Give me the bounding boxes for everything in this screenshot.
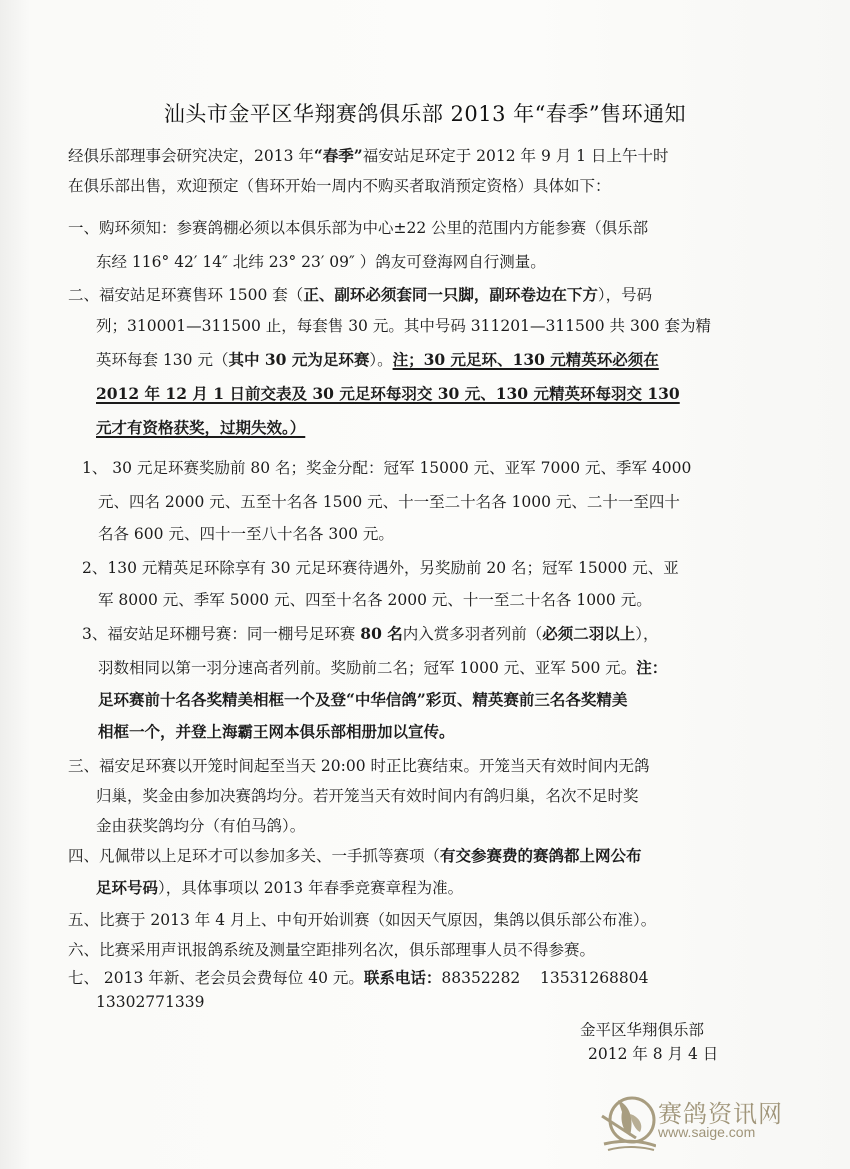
intro-text: 经俱乐部理事会研究决定，2013 年	[68, 147, 314, 165]
section-4-line-1: 四、凡佩带以上足环才可以参加多关、一手抓等赛项（有交参赛费的赛鸽都上网公布	[68, 846, 642, 866]
prize-3-text: 内入赏多羽者列前（	[403, 625, 543, 643]
section-2-text: 英环每套 130 元（	[96, 351, 228, 369]
section-2-line-1: 二、福安站足环赛售环 1500 套（正、副环必须套同一只脚，副环卷边在下方），号…	[68, 285, 652, 305]
contact-phone-label: 联系电话：	[364, 968, 442, 987]
prize-3-text: 羽数相同以第一羽分速高者列前。奖励前二名；冠军 1000 元、亚军 500 元。	[98, 659, 636, 677]
section-6: 六、比赛采用声讯报鸽系统及测量空距排列名次，俱乐部理事人员不得参赛。	[68, 940, 595, 960]
section-2-text: ）。	[369, 351, 392, 369]
signature-org: 金平区华翔俱乐部	[580, 1018, 704, 1040]
section-2-underlined-notice-line-2: 2012 年 12 月 1 日前交表及 30 元足环每羽交 30 元、130 元…	[96, 384, 680, 404]
watermark-logo: 赛鸽资讯网 www.saige.com	[600, 1092, 820, 1152]
section-7-line-1: 七、 2013 年新、老会员会费每位 40 元。联系电话：88352282 13…	[68, 968, 649, 988]
section-2-text: ），号码	[598, 286, 652, 304]
prize-2-line-2: 军 8000 元、季军 5000 元、四至十名各 2000 元、十一至二十名各 …	[98, 590, 652, 610]
section-7-text: 七、 2013 年新、老会员会费每位 40 元。	[68, 969, 364, 987]
prize-3-line-3: 足环赛前十名各奖精美相框一个及登“中华信鸽”彩页、精英赛前三名各奖精美	[98, 690, 627, 710]
prize-3-bold: 80 名	[360, 624, 402, 643]
section-1-line-1: 一、购环须知：参赛鸽棚必须以本俱乐部为中心±22 公里的范围内方能参赛（俱乐部	[68, 218, 648, 238]
section-1-line-2: 东经 116° 42′ 14″ 北纬 23° 23′ 09″ ）鸽友可登海网自行…	[96, 252, 546, 272]
section-2-underlined-notice-line-3: 元才有资格获奖，过期失效。）	[96, 418, 305, 438]
section-4-bold: 足环号码	[96, 878, 158, 897]
contact-phone-2: 13531268804	[540, 969, 648, 987]
section-5: 五、比赛于 2013 年 4 月上、中旬开始训赛（如因天气原因，集鸽以俱乐部公布…	[68, 910, 656, 930]
prize-3-bold: 必须二羽以上	[542, 624, 635, 643]
intro-line-1: 经俱乐部理事会研究决定，2013 年“春季”福安站足环定于 2012 年 9 月…	[68, 146, 668, 166]
section-2-bold-note: 正、副环必须套同一只脚，副环卷边在下方	[303, 285, 598, 304]
section-3-line-3: 金由获奖鸽均分（有伯马鸽）。	[96, 816, 305, 836]
prize-3-text: 3、福安站足环棚号赛：同一棚号足环赛	[82, 625, 360, 643]
intro-season-bold: “春季”	[314, 146, 363, 165]
section-4-text: ），具体事项以 2013 年春季竞赛章程为准。	[158, 879, 463, 897]
prize-1-line-3: 名各 600 元、四十一至八十名各 300 元。	[98, 524, 394, 544]
prize-3-line-2: 羽数相同以第一羽分速高者列前。奖励前二名；冠军 1000 元、亚军 500 元。…	[98, 658, 667, 678]
section-2-underlined-notice: 注；30 元足环、130 元精英环必须在	[393, 350, 659, 369]
section-3-line-2: 归巢，奖金由参加决赛鸽均分。若开笼当天有效时间内有鸽归巢，名次不足时奖	[96, 786, 639, 806]
prize-3-line-4: 相框一个，并登上海霸王网本俱乐部相册加以宣传。	[98, 722, 455, 742]
contact-phone-3: 13302771339	[96, 992, 204, 1012]
document-title: 汕头市金平区华翔赛鸽俱乐部 2013 年“春季”售环通知	[0, 98, 850, 128]
section-4-line-2: 足环号码），具体事项以 2013 年春季竞赛章程为准。	[96, 878, 463, 898]
prize-3-line-1: 3、福安站足环棚号赛：同一棚号足环赛 80 名内入赏多羽者列前（必须二羽以上），	[82, 624, 659, 644]
prize-3-bold-note-label: 注：	[636, 658, 667, 677]
section-2-line-3: 英环每套 130 元（其中 30 元为足环赛）。注；30 元足环、130 元精英…	[96, 350, 659, 370]
prize-3-text: ），	[635, 625, 658, 643]
section-4-text: 四、凡佩带以上足环才可以参加多关、一手抓等赛项（	[68, 847, 440, 865]
section-2-text: 二、福安站足环赛售环 1500 套（	[68, 286, 303, 304]
intro-text: 福安站足环定于 2012 年 9 月 1 日上午十时	[363, 147, 669, 165]
scanned-document-page: 汕头市金平区华翔赛鸽俱乐部 2013 年“春季”售环通知 经俱乐部理事会研究决定…	[0, 0, 850, 1169]
section-3-line-1: 三、福安足环赛以开笼时间起至当天 20:00 时正比赛结束。开笼当天有效时间内无…	[68, 756, 650, 776]
section-4-bold: 有交参赛费的赛鸽都上网公布	[440, 846, 642, 865]
prize-1-line-2: 元、四名 2000 元、五至十名各 1500 元、十一至二十名各 1000 元、…	[98, 492, 680, 512]
section-2-line-2: 列；310001—311500 止，每套售 30 元。其中号码 311201—3…	[96, 316, 711, 336]
signature-date: 2012 年 8 月 4 日	[588, 1042, 718, 1064]
intro-line-2: 在俱乐部出售，欢迎预定（售环开始一周内不购买者取消预定资格）具体如下：	[68, 176, 611, 196]
prize-1-line-1: 1、 30 元足环赛奖励前 80 名；奖金分配：冠军 15000 元、亚军 70…	[82, 458, 691, 478]
section-2-bold-note: 其中 30 元为足环赛	[228, 350, 369, 369]
prize-2-line-1: 2、130 元精英足环除享有 30 元足环赛待遇外，另奖励前 20 名；冠军 1…	[82, 558, 679, 578]
pigeon-logo-icon	[600, 1092, 656, 1152]
watermark-url: www.saige.com	[658, 1124, 755, 1140]
contact-phone-1: 88352282	[441, 969, 520, 987]
